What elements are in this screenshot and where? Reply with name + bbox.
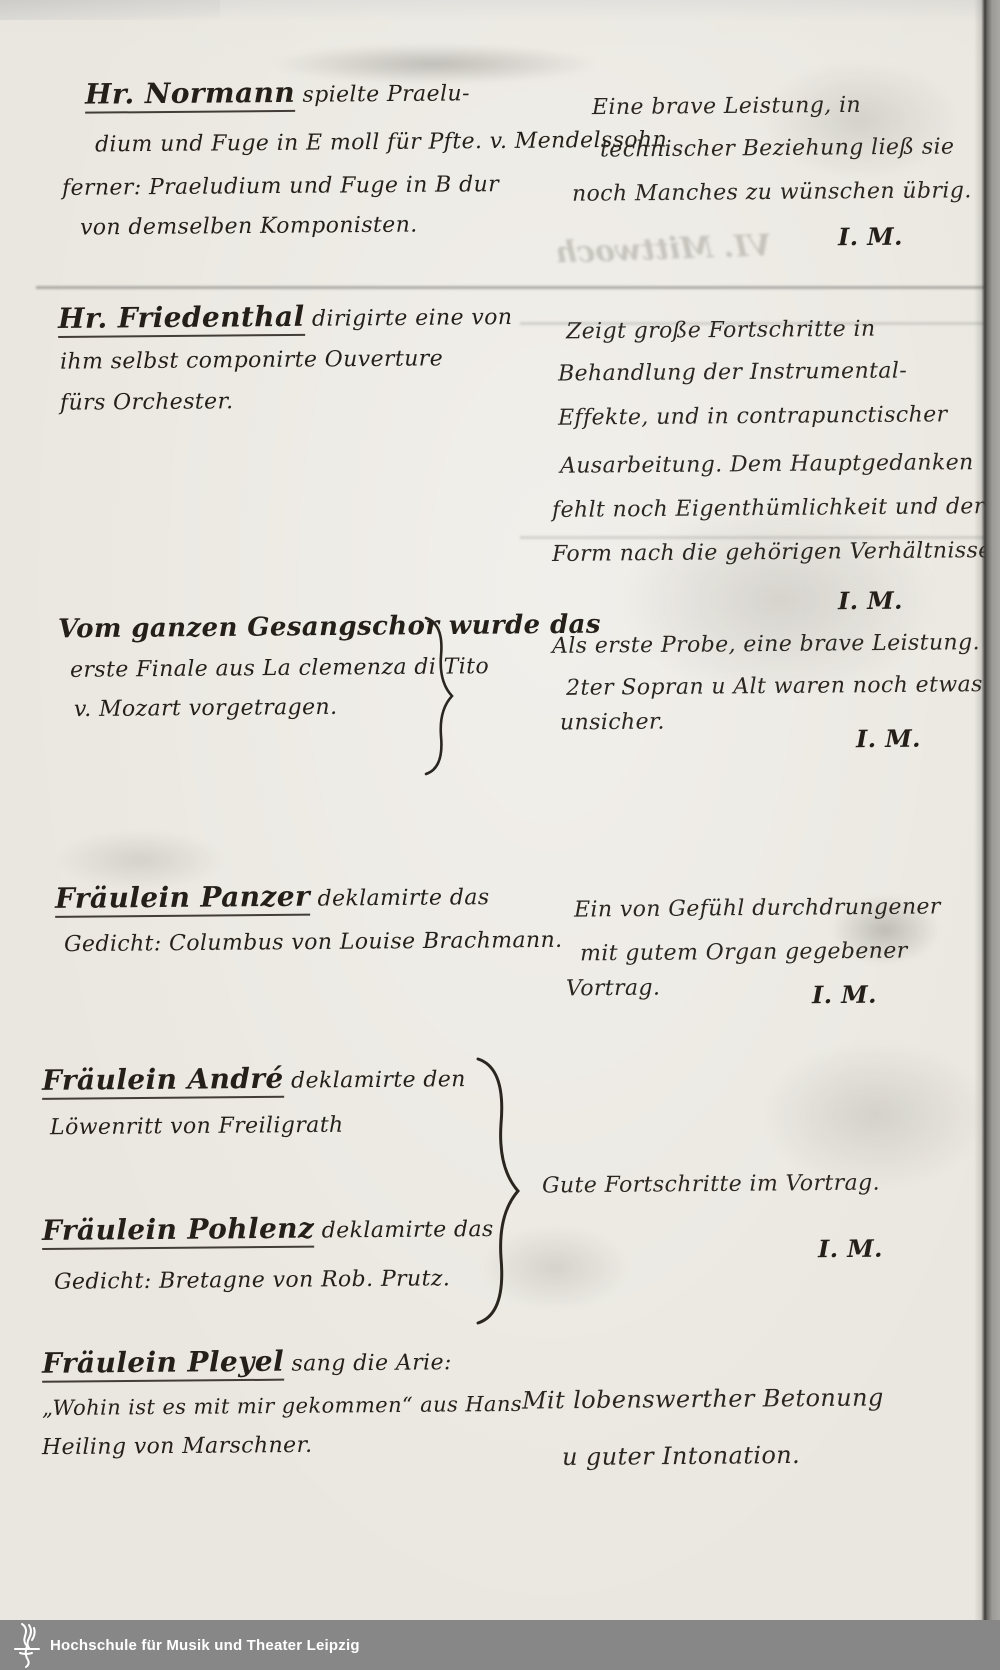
entry-pleyel-line2: „Wohin ist es mit mir gekommen“ aus Hans xyxy=(42,1392,522,1420)
institution-name: Hochschule für Musik und Theater Leipzig xyxy=(50,1637,360,1654)
show-through-smudge xyxy=(760,60,960,180)
entry-friedenthal-line2: ihm selbst componirte Ouverture xyxy=(60,346,443,374)
comment-line: Vortrag. xyxy=(566,976,661,1002)
entry-normann-line4: von demselben Komponisten. xyxy=(80,213,418,241)
hmt-leipzig-logo-icon xyxy=(12,1622,42,1668)
reviewer-signature: I. M. xyxy=(838,586,903,616)
comment-line: Gute Fortschritte im Vortrag. xyxy=(542,1171,880,1199)
entry-andre-line1: Fräulein André deklamirte den xyxy=(42,1060,466,1097)
reviewer-signature: I. M. xyxy=(856,724,921,754)
reviewer-signature: I. M. xyxy=(812,980,877,1010)
entry-panzer-line1: Fräulein Panzer deklamirte das xyxy=(55,878,490,915)
entry-chor-line1: Vom ganzen Gesangschor wurde das xyxy=(58,610,601,645)
performer-name: Hr. Normann xyxy=(85,76,295,114)
entry-text: sang die Arie: xyxy=(291,1350,451,1376)
entry-chor-line3: v. Mozart vorgetragen. xyxy=(74,695,338,722)
comment-line: Form nach die gehörigen Verhältnisse. xyxy=(552,538,999,567)
comment-line: noch Manches zu wünschen übrig. xyxy=(572,178,972,206)
page-top-edge xyxy=(0,0,220,20)
comment-line: Effekte, und in contrapunctischer xyxy=(558,402,948,430)
comment-line: Zeigt große Fortschritte in xyxy=(566,317,876,345)
performer-name: Fräulein Pohlenz xyxy=(42,1212,315,1250)
entry-normann-line2: dium und Fuge in E moll für Pfte. v. Men… xyxy=(95,128,667,158)
entry-panzer-line2: Gedicht: Columbus von Louise Brachmann. xyxy=(64,928,563,957)
reviewer-signature: I. M. xyxy=(838,222,903,252)
book-gutter-edge xyxy=(974,0,1000,1670)
performer-name: Fräulein Pleyel xyxy=(42,1345,284,1383)
entry-text: spielte Praelu- xyxy=(302,81,470,107)
entry-pleyel-line3: Heiling von Marschner. xyxy=(42,1433,313,1460)
comment-line: unsicher. xyxy=(560,710,665,736)
comment-line: Behandlung der Instrumental- xyxy=(558,358,907,386)
comment-line: Mit lobenswerther Betonung xyxy=(522,1383,884,1414)
performer-name: Fräulein Panzer xyxy=(55,880,310,918)
entry-text: dirigirte eine von xyxy=(312,305,513,332)
show-through-smudge xyxy=(760,1040,990,1190)
comment-line: u guter Intonation. xyxy=(562,1441,800,1471)
comment-line: Als erste Probe, eine brave Leistung. xyxy=(552,630,980,659)
group-brace xyxy=(418,616,458,776)
entry-normann-line1: Hr. Normann spielte Praelu- xyxy=(85,74,470,110)
entry-andre-line2: Löwenritt von Freiligrath xyxy=(50,1113,344,1141)
entry-pohlenz-line1: Fräulein Pohlenz deklamirte das xyxy=(42,1210,494,1247)
reviewer-signature: I. M. xyxy=(818,1234,883,1264)
entry-friedenthal-line3: fürs Orchester. xyxy=(60,389,234,416)
performer-name: Fräulein André xyxy=(42,1062,284,1100)
comment-line: Ausarbeitung. Dem Hauptgedanken xyxy=(560,450,974,479)
entry-text: deklamirte das xyxy=(317,885,489,911)
comment-line: fehlt noch Eigenthümlichkeit und der xyxy=(552,494,985,523)
footer-bar: Hochschule für Musik und Theater Leipzig xyxy=(0,1620,1000,1670)
separator-line xyxy=(36,286,996,289)
entry-text: deklamirte das xyxy=(322,1217,494,1243)
entry-pleyel-line1: Fräulein Pleyel sang die Arie: xyxy=(42,1343,452,1380)
comment-line: technischer Beziehung ließ sie xyxy=(600,134,955,162)
entry-friedenthal-line1: Hr. Friedenthal dirigirte eine von xyxy=(58,298,513,335)
ghost-text: VI. Mittwoch xyxy=(554,228,772,271)
comment-line: Ein von Gefühl durchdrungener xyxy=(574,894,941,922)
group-brace xyxy=(468,1056,524,1326)
entry-normann-line3: ferner: Praeludium und Fuge in B dur xyxy=(62,172,499,201)
comment-line: Eine brave Leistung, in xyxy=(592,93,861,120)
entry-text: deklamirte den xyxy=(291,1067,466,1094)
comment-line: 2ter Sopran u Alt waren noch etwas xyxy=(566,672,983,701)
entry-pohlenz-line2: Gedicht: Bretagne von Rob. Prutz. xyxy=(54,1266,450,1294)
performer-name: Hr. Friedenthal xyxy=(58,300,305,338)
comment-line: mit gutem Organ gegebener xyxy=(580,939,908,967)
manuscript-page: VI. Mittwoch Hr. Normann spielte Praelu-… xyxy=(0,0,1000,1670)
